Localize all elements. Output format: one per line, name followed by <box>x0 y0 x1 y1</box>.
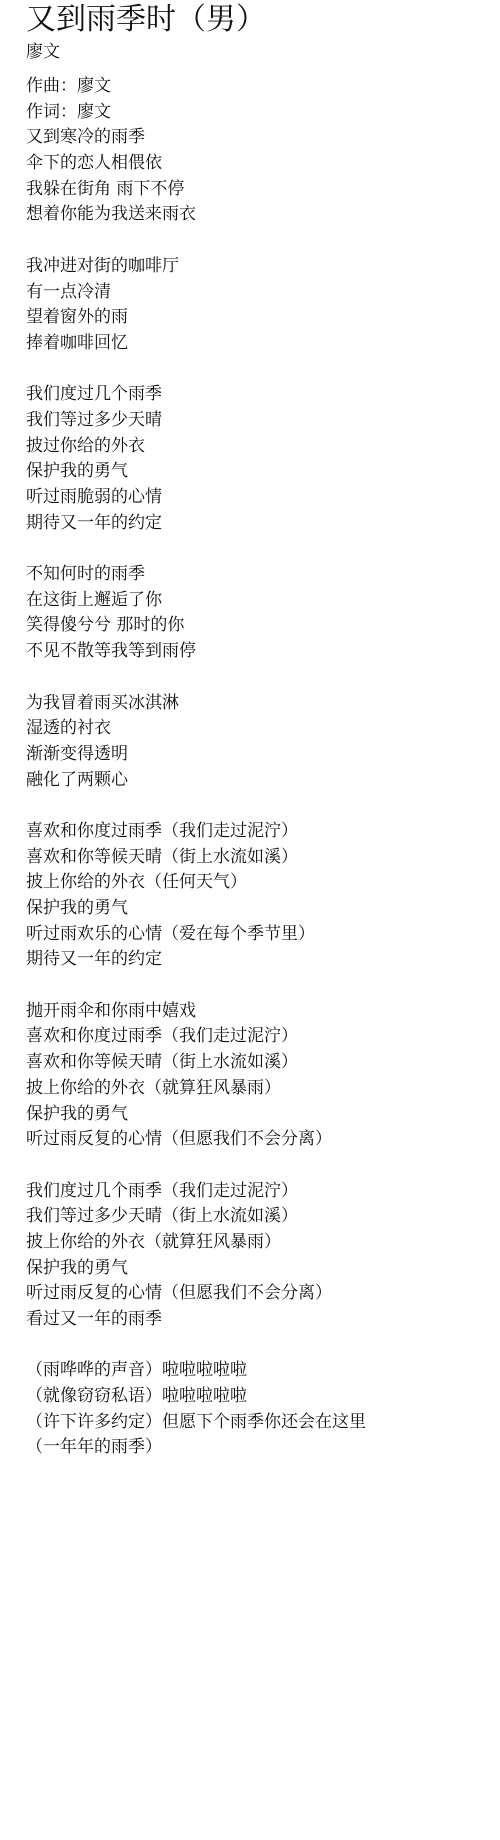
lyric-line: 披过你给的外衣 <box>26 434 500 460</box>
lyric-line: 听过雨脆弱的心情 <box>26 485 500 511</box>
lyric-line: 不见不散等我等到雨停 <box>26 639 500 665</box>
lyric-line: 望着窗外的雨 <box>26 305 500 331</box>
lyric-line: 笑得傻兮兮 那时的你 <box>26 613 500 639</box>
lyric-line: 披上你给的外衣（任何天气） <box>26 870 500 896</box>
lyric-line: 渐渐变得透明 <box>26 742 500 768</box>
stanza-break <box>26 1333 500 1359</box>
lyric-line: 在这街上邂逅了你 <box>26 588 500 614</box>
lyric-line: 期待又一年的约定 <box>26 947 500 973</box>
lyric-line: 喜欢和你度过雨季（我们走过泥泞） <box>26 819 500 845</box>
lyrics-body: 作曲：廖文作词：廖文又到寒冷的雨季伞下的恋人相偎依我躲在街角 雨下不停想着你能为… <box>26 74 500 1461</box>
lyric-line: 湿透的衬衣 <box>26 716 500 742</box>
stanza-break <box>26 1153 500 1179</box>
lyric-line: 听过雨欢乐的心情（爱在每个季节里） <box>26 922 500 948</box>
lyric-line: 喜欢和你等候天晴（街上水流如溪） <box>26 1050 500 1076</box>
lyric-line: （就像窃窃私语）啦啦啦啦啦 <box>26 1384 500 1410</box>
lyric-line: 我们度过几个雨季 <box>26 382 500 408</box>
lyric-line: 听过雨反复的心情（但愿我们不会分离） <box>26 1127 500 1153</box>
lyric-line: 我们度过几个雨季（我们走过泥泞） <box>26 1179 500 1205</box>
lyric-line: 捧着咖啡回忆 <box>26 331 500 357</box>
lyric-line: 又到寒冷的雨季 <box>26 125 500 151</box>
lyric-line: 抛开雨伞和你雨中嬉戏 <box>26 999 500 1025</box>
lyrics-page: 又到雨季时（男） 廖文 作曲：廖文作词：廖文又到寒冷的雨季伞下的恋人相偎依我躲在… <box>0 2 500 1461</box>
lyric-line: 有一点冷清 <box>26 280 500 306</box>
lyric-line: （雨哗哗的声音）啦啦啦啦啦 <box>26 1358 500 1384</box>
lyric-line: 我们等过多少天晴（街上水流如溪） <box>26 1204 500 1230</box>
lyric-line: 为我冒着雨买冰淇淋 <box>26 691 500 717</box>
song-title: 又到雨季时（男） <box>26 2 500 38</box>
lyric-line: 披上你给的外衣（就算狂风暴雨） <box>26 1230 500 1256</box>
lyric-line: （许下许多约定）但愿下个雨季你还会在这里 <box>26 1410 500 1436</box>
stanza-break <box>26 793 500 819</box>
lyric-line: 保护我的勇气 <box>26 1256 500 1282</box>
lyric-line: 融化了两颗心 <box>26 768 500 794</box>
stanza-break <box>26 536 500 562</box>
stanza-break <box>26 228 500 254</box>
lyric-line: 我躲在街角 雨下不停 <box>26 177 500 203</box>
lyric-line: 保护我的勇气 <box>26 1102 500 1128</box>
lyric-line: 作词：廖文 <box>26 100 500 126</box>
lyric-line: 期待又一年的约定 <box>26 511 500 537</box>
lyric-line: （一年年的雨季） <box>26 1435 500 1461</box>
lyric-line: 看过又一年的雨季 <box>26 1307 500 1333</box>
lyric-line: 听过雨反复的心情（但愿我们不会分离） <box>26 1281 500 1307</box>
stanza-break <box>26 665 500 691</box>
lyric-line: 我冲进对街的咖啡厅 <box>26 254 500 280</box>
lyric-line: 喜欢和你等候天晴（街上水流如溪） <box>26 845 500 871</box>
lyric-line: 保护我的勇气 <box>26 459 500 485</box>
lyric-line: 喜欢和你度过雨季（我们走过泥泞） <box>26 1024 500 1050</box>
lyric-line: 披上你给的外衣（就算狂风暴雨） <box>26 1076 500 1102</box>
lyric-line: 我们等过多少天晴 <box>26 408 500 434</box>
lyric-line: 不知何时的雨季 <box>26 562 500 588</box>
stanza-break <box>26 973 500 999</box>
lyric-line: 保护我的勇气 <box>26 896 500 922</box>
stanza-break <box>26 357 500 383</box>
artist-name: 廖文 <box>26 40 500 64</box>
lyric-line: 想着你能为我送来雨衣 <box>26 202 500 228</box>
lyric-line: 伞下的恋人相偎依 <box>26 151 500 177</box>
lyric-line: 作曲：廖文 <box>26 74 500 100</box>
